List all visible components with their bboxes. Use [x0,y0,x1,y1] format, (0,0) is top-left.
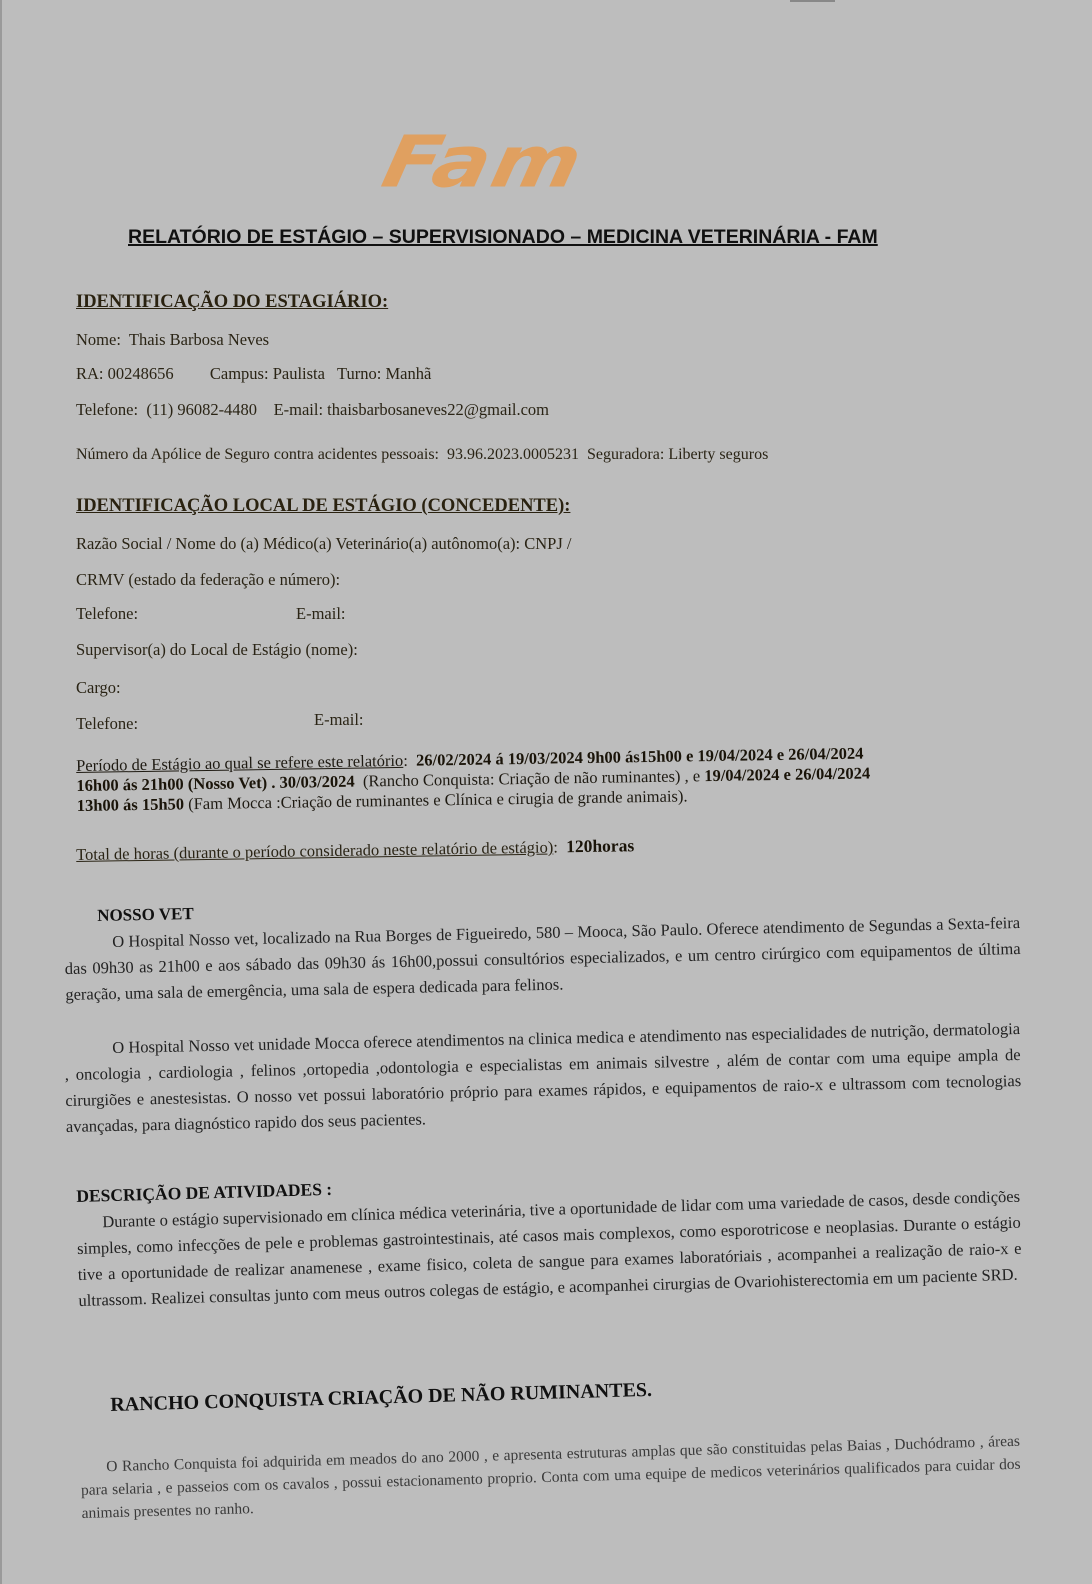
activities-heading: DESCRIÇÃO DE ATIVIDADES : [76,1179,332,1207]
insurer-value: Liberty seguros [668,446,768,463]
rancho-text: O Rancho Conquista foi adquirida em mead… [80,1430,1022,1525]
rancho-heading: RANCHO CONQUISTA CRIAÇÃO DE NÃO RUMINANT… [110,1379,652,1417]
report-title: RELATÓRIO DE ESTÁGIO – SUPERVISIONADO – … [128,226,968,249]
period-hours-3: 13h00 ás 15h50 [77,794,185,815]
fam-logo: Fam [377,126,590,197]
name-label: Nome: [76,330,121,349]
intern-name: Thais Barbosa Neves [129,330,269,349]
site-email-label: E-mail: [296,604,345,624]
insurance-row: Número da Apólice de Seguro contra acide… [76,446,768,464]
scanned-report-page: Fam RELATÓRIO DE ESTÁGIO – SUPERVISIONAD… [0,0,1092,1584]
nosso-vet-text-1: O Hospital Nosso vet, localizado na Rua … [64,910,1021,1008]
period-block: Período de Estágio ao qual se refere est… [76,744,871,816]
ra-label: RA: [76,364,104,383]
total-hours-value: 120horas [566,835,634,856]
policy-value: 93.96.2023.0005231 [447,446,579,463]
nosso-vet-heading: NOSSO VET [97,904,194,926]
total-hours-label: Total de horas (durante o período consid… [76,838,553,864]
activities-text: Durante o estágio supervisionado em clín… [76,1184,1023,1314]
nosso-vet-paragraph-2: O Hospital Nosso vet unidade Mocca ofere… [64,1016,1022,1140]
crmv-label: CRMV (estado da federação e número): [76,570,340,590]
site-section-heading: IDENTIFICAÇÃO LOCAL DE ESTÁGIO (CONCEDEN… [76,496,570,517]
intern-section-heading: IDENTIFICAÇÃO DO ESTAGIÁRIO: [76,292,388,313]
site-contact-row: Telefone: E-mail: [76,604,138,624]
email-value: thaisbarbosaneves22@gmail.com [327,400,549,419]
period-dates-2b: 19/04/2024 e 26/04/2024 [704,764,870,786]
shift-label: Turno: [337,364,381,383]
campus-value: Paulista [273,364,325,383]
supervisor-email-label: E-mail: [314,710,363,730]
rancho-paragraph: O Rancho Conquista foi adquirida em mead… [80,1430,1022,1525]
site-phone-label: Telefone: [76,604,138,623]
supervisor-label: Supervisor(a) do Local de Estágio (nome)… [76,640,358,660]
phone-label: Telefone: [76,400,138,419]
role-label: Cargo: [76,678,121,698]
shift-value: Manhã [385,364,431,383]
company-label: Razão Social / Nome do (a) Médico(a) Vet… [76,534,571,554]
nosso-vet-paragraph-1: O Hospital Nosso vet, localizado na Rua … [64,910,1021,1008]
nosso-vet-text-2: O Hospital Nosso vet unidade Mocca ofere… [64,1016,1022,1140]
policy-label: Número da Apólice de Seguro contra acide… [76,446,439,463]
intern-contact-row: Telefone: (11) 96082-4480 E-mail: thaisb… [76,400,549,420]
scan-mark [790,0,835,2]
insurer-label: Seguradora: [587,446,664,463]
scan-edge [0,0,2,1584]
email-label: E-mail: [274,400,323,419]
intern-ra-row: RA: 00248656 Campus: Paulista Turno: Man… [76,364,431,384]
supervisor-contact-row: Telefone: E-mail: [76,714,138,734]
supervisor-phone-label: Telefone: [76,714,138,733]
total-hours-row: Total de horas (durante o período consid… [76,835,634,865]
campus-label: Campus: [210,364,269,383]
ra-value: 00248656 [108,364,174,383]
intern-name-row: Nome: Thais Barbosa Neves [76,330,269,350]
phone-value: (11) 96082-4480 [146,400,257,419]
activities-paragraph: Durante o estágio supervisionado em clín… [76,1184,1023,1314]
